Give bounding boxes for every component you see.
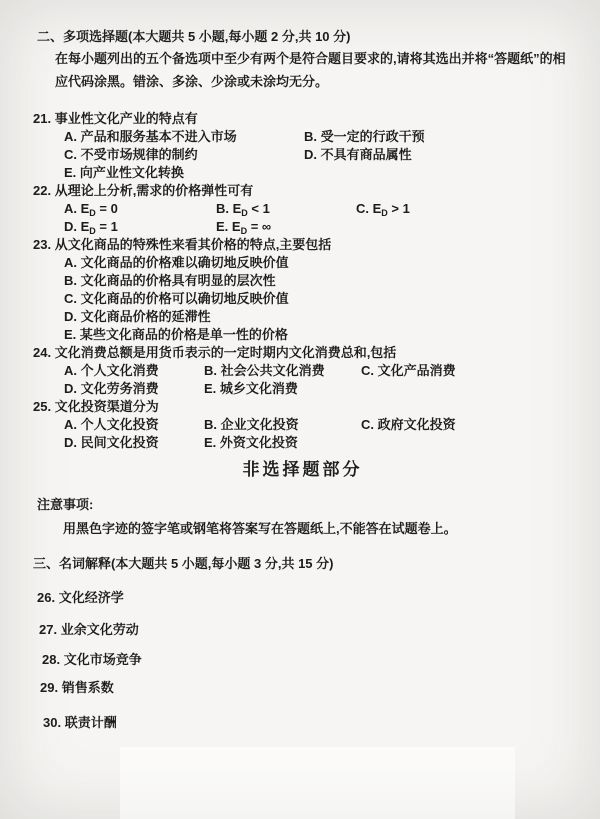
term-item-28: 28. 文化市场竞争 <box>42 651 572 669</box>
question-21-options-row-1: A. 产品和服务基本不进入市场B. 受一定的行政干预 <box>64 128 572 146</box>
question-24-option-b: B. 社会公共文化消费 <box>204 362 361 380</box>
option-b-pre: B. E <box>216 201 241 216</box>
option-d-post: = 1 <box>96 219 118 234</box>
option-e-pre: E. E <box>216 219 241 234</box>
notice-text: 用黑色字迹的签字笔或钢笔将答案写在答题纸上,不能答在试题卷上。 <box>63 520 572 538</box>
option-b-label: B. 文化商品的价格具有明显的层次性 <box>64 272 276 290</box>
option-a-post: = 0 <box>96 201 118 216</box>
question-25-options-row-1: A. 个人文化投资B. 企业文化投资C. 政府文化投资 <box>64 416 572 434</box>
question-25-options-row-2: D. 民间文化投资E. 外资文化投资 <box>64 434 572 452</box>
question-23-option-a: A. 文化商品的价格难以确切地反映价值 <box>64 254 572 272</box>
question-21-options-row-3: E. 向产业性文化转换 <box>64 164 572 182</box>
question-22-stem: 22. 从理论上分析,需求的价格弹性可有 <box>33 182 572 200</box>
question-21-stem: 21. 事业性文化产业的特点有 <box>33 110 572 128</box>
question-24-options-row-2: D. 文化劳务消费E. 城乡文化消费 <box>64 380 572 398</box>
question-21: 21. 事业性文化产业的特点有 A. 产品和服务基本不进入市场B. 受一定的行政… <box>33 110 572 182</box>
question-24-option-e: E. 城乡文化消费 <box>204 380 298 398</box>
question-25-option-d: D. 民间文化投资 <box>64 434 204 452</box>
option-a-label: A. 文化商品的价格难以确切地反映价值 <box>64 254 289 272</box>
question-24-option-d: D. 文化劳务消费 <box>64 380 204 398</box>
question-24-number: 24. <box>33 345 51 360</box>
question-22: 22. 从理论上分析,需求的价格弹性可有 A. ED = 0B. ED < 1C… <box>33 182 572 236</box>
question-21-option-d: D. 不具有商品属性 <box>304 146 412 164</box>
term-item-27: 27. 业余文化劳动 <box>39 621 572 639</box>
option-c-pre: C. E <box>356 201 381 216</box>
question-23-text: 从文化商品的特殊性来看其价格的特点,主要包括 <box>51 237 331 252</box>
option-d-label: D. 文化商品价格的延滞性 <box>64 308 211 326</box>
non-choice-section-title: 非选择题部分 <box>33 460 572 480</box>
question-21-option-c: C. 不受市场规律的制约 <box>64 146 304 164</box>
multiple-choice-questions: 21. 事业性文化产业的特点有 A. 产品和服务基本不进入市场B. 受一定的行政… <box>33 110 572 452</box>
question-24-options-row-1: A. 个人文化消费B. 社会公共文化消费C. 文化产品消费 <box>64 362 572 380</box>
question-21-option-a: A. 产品和服务基本不进入市场 <box>64 128 304 146</box>
term-28-number: 28. <box>42 652 60 667</box>
question-23-number: 23. <box>33 237 51 252</box>
term-item-30: 30. 联责计酬 <box>43 714 572 732</box>
section-2-heading: 二、多项选择题(本大题共 5 小题,每小题 2 分,共 10 分) <box>37 28 572 46</box>
question-24-text: 文化消费总额是用货币表示的一定时期内文化消费总和,包括 <box>51 345 396 360</box>
option-e-label: E. 某些文化商品的价格是单一性的价格 <box>64 326 288 344</box>
term-29-text: 销售系数 <box>58 680 114 695</box>
question-23: 23. 从文化商品的特殊性来看其价格的特点,主要包括 A. 文化商品的价格难以确… <box>33 236 572 344</box>
term-27-number: 27. <box>39 622 57 637</box>
term-29-number: 29. <box>40 680 58 695</box>
question-22-text: 从理论上分析,需求的价格弹性可有 <box>51 183 253 198</box>
scan-light-patch <box>120 747 515 819</box>
question-22-options-row-1: A. ED = 0B. ED < 1C. ED > 1 <box>64 200 572 218</box>
question-23-option-b: B. 文化商品的价格具有明显的层次性 <box>64 272 572 290</box>
option-a-pre: A. E <box>64 201 89 216</box>
question-24-stem: 24. 文化消费总额是用货币表示的一定时期内文化消费总和,包括 <box>33 344 572 362</box>
question-23-option-c: C. 文化商品的价格可以确切地反映价值 <box>64 290 572 308</box>
term-28-text: 文化市场竞争 <box>60 652 142 667</box>
section-2-instructions-line-2: 应代码涂黑。错涂、多涂、少涂或未涂均无分。 <box>55 73 572 91</box>
option-c-label: C. 文化商品的价格可以确切地反映价值 <box>64 290 289 308</box>
option-c-post: > 1 <box>388 201 410 216</box>
section-2-instructions-line-1: 在每小题列出的五个备选项中至少有两个是符合题目要求的,请将其选出并将“答题纸”的… <box>55 50 572 68</box>
option-d-pre: D. E <box>64 219 89 234</box>
notice-label: 注意事项: <box>37 496 572 514</box>
question-25-stem: 25. 文化投资渠道分为 <box>33 398 572 416</box>
question-23-option-e: E. 某些文化商品的价格是单一性的价格 <box>64 326 572 344</box>
question-21-option-b: B. 受一定的行政干预 <box>304 128 425 146</box>
term-26-text: 文化经济学 <box>55 590 124 605</box>
section-3-heading: 三、名词解释(本大题共 5 小题,每小题 3 分,共 15 分) <box>33 555 572 573</box>
question-25-text: 文化投资渠道分为 <box>51 399 159 414</box>
option-b-post: < 1 <box>248 201 270 216</box>
term-30-text: 联责计酬 <box>61 715 117 730</box>
question-22-option-c: C. ED > 1 <box>356 200 410 222</box>
question-21-text: 事业性文化产业的特点有 <box>51 111 198 126</box>
question-24-option-a: A. 个人文化消费 <box>64 362 204 380</box>
question-24: 24. 文化消费总额是用货币表示的一定时期内文化消费总和,包括 A. 个人文化消… <box>33 344 572 398</box>
question-25-option-e: E. 外资文化投资 <box>204 434 298 452</box>
question-25-option-b: B. 企业文化投资 <box>204 416 361 434</box>
question-25: 25. 文化投资渠道分为 A. 个人文化投资B. 企业文化投资C. 政府文化投资… <box>33 398 572 452</box>
question-23-option-d: D. 文化商品价格的延滞性 <box>64 308 572 326</box>
term-30-number: 30. <box>43 715 61 730</box>
term-27-text: 业余文化劳动 <box>57 622 139 637</box>
question-21-option-e: E. 向产业性文化转换 <box>64 164 184 182</box>
question-24-option-c: C. 文化产品消费 <box>361 362 456 380</box>
term-26-number: 26. <box>37 590 55 605</box>
question-21-options-row-2: C. 不受市场规律的制约D. 不具有商品属性 <box>64 146 572 164</box>
question-22-number: 22. <box>33 183 51 198</box>
option-e-post: = ∞ <box>247 219 271 234</box>
term-item-29: 29. 销售系数 <box>40 679 572 697</box>
question-23-stem: 23. 从文化商品的特殊性来看其价格的特点,主要包括 <box>33 236 572 254</box>
question-25-option-a: A. 个人文化投资 <box>64 416 204 434</box>
question-25-option-c: C. 政府文化投资 <box>361 416 456 434</box>
question-21-number: 21. <box>33 111 51 126</box>
question-25-number: 25. <box>33 399 51 414</box>
exam-paper-page: 二、多项选择题(本大题共 5 小题,每小题 2 分,共 10 分) 在每小题列出… <box>0 0 600 819</box>
term-item-26: 26. 文化经济学 <box>37 589 572 607</box>
